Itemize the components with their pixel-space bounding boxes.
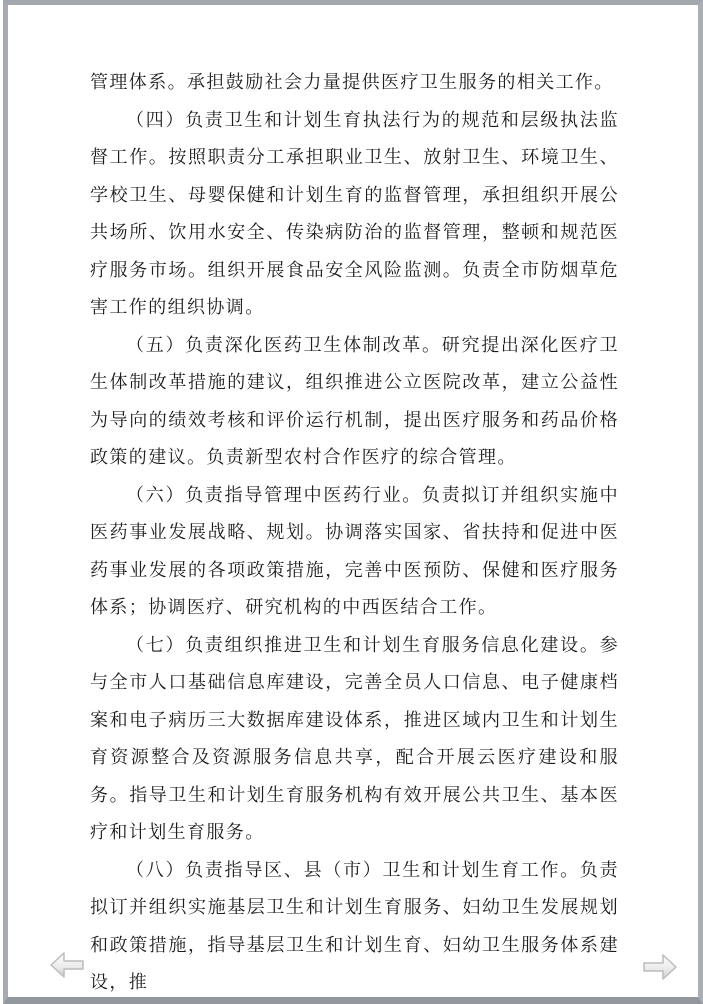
next-page-button[interactable] [642, 953, 678, 981]
paragraph-item-7: （七）负责组织推进卫生和计划生育服务信息化建设。参与全市人口基础信息库建设，完善… [90, 627, 619, 852]
document-text-area: 管理体系。承担鼓励社会力量提供医疗卫生服务的相关工作。 （四）负责卫生和计划生育… [90, 64, 619, 997]
document-viewer: 管理体系。承担鼓励社会力量提供医疗卫生服务的相关工作。 （四）负责卫生和计划生育… [0, 0, 703, 1004]
paragraph-item-5: （五）负责深化医药卫生体制改革。研究提出深化医疗卫生体制改革措施的建议，组织推进… [90, 327, 619, 477]
right-arrow-icon [642, 953, 678, 981]
previous-page-button[interactable] [49, 951, 85, 979]
paragraph-item-4: （四）负责卫生和计划生育执法行为的规范和层级执法监督工作。按照职责分工承担职业卫… [90, 102, 619, 327]
left-arrow-icon [49, 951, 85, 979]
paragraph-item-8: （八）负责指导区、县（市）卫生和计划生育工作。负责拟订并组织实施基层卫生和计划生… [90, 852, 619, 1002]
paragraph-continuation: 管理体系。承担鼓励社会力量提供医疗卫生服务的相关工作。 [90, 64, 619, 102]
paragraph-item-6: （六）负责指导管理中医药行业。负责拟订并组织实施中医药事业发展战略、规划。协调落… [90, 477, 619, 627]
document-page: 管理体系。承担鼓励社会力量提供医疗卫生服务的相关工作。 （四）负责卫生和计划生育… [3, 0, 703, 1004]
